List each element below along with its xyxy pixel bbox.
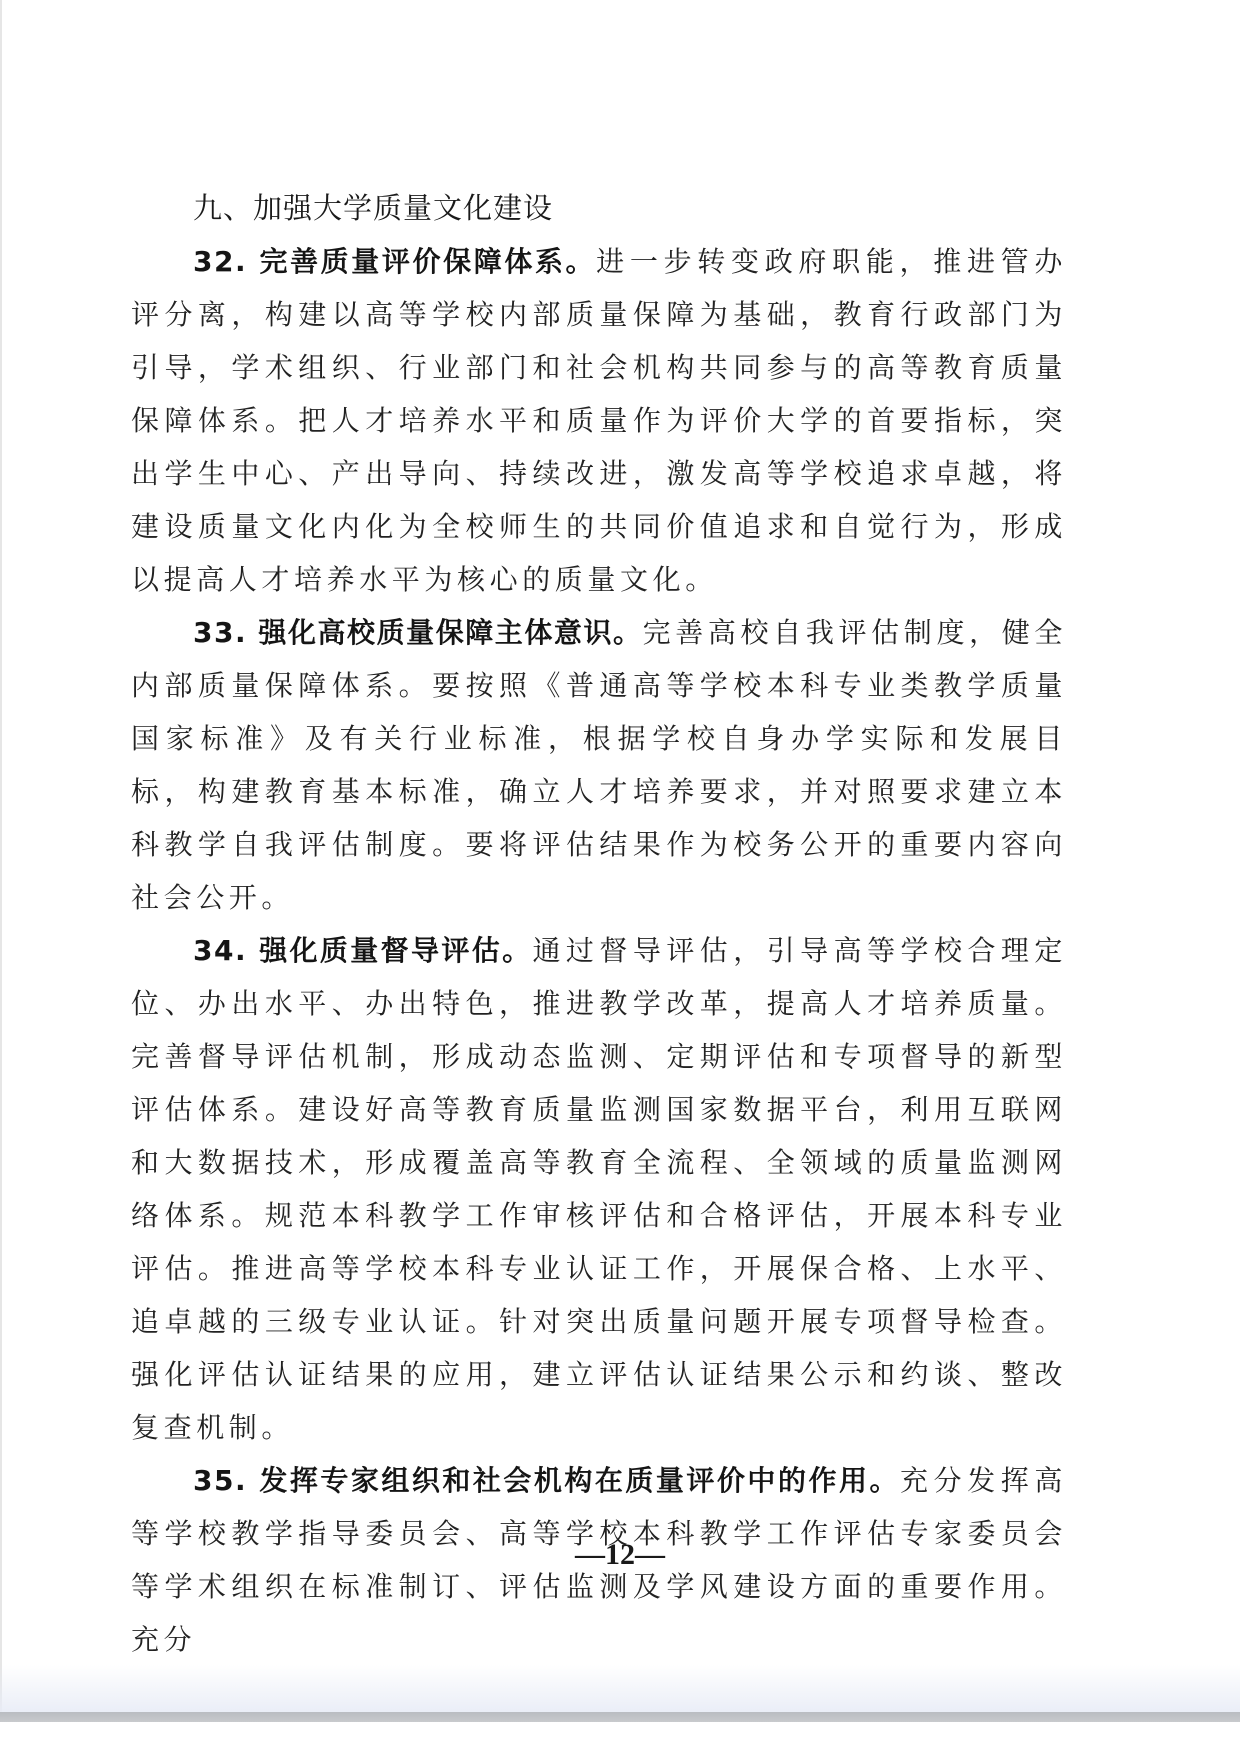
scan-left-edge: [0, 0, 2, 1712]
paragraph-32: 32. 完善质量评价保障体系。进一步转变政府职能，推进管办评分离，构建以高等学校…: [131, 235, 1067, 606]
paragraph-32-body: 进一步转变政府职能，推进管办评分离，构建以高等学校内部质量保障为基础，教育行政部…: [131, 245, 1067, 596]
paragraph-33-body: 完善高校自我评估制度，健全内部质量保障体系。要按照《普通高等学校本科专业类教学质…: [131, 616, 1067, 914]
document-page: 九、加强大学质量文化建设 32. 完善质量评价保障体系。进一步转变政府职能，推进…: [0, 0, 1240, 1752]
paragraph-33-lead: 33. 强化高校质量保障主体意识。: [193, 616, 643, 649]
paragraph-34: 34. 强化质量督导评估。通过督导评估，引导高等学校合理定位、办出水平、办出特色…: [131, 924, 1067, 1454]
paragraph-34-lead: 34. 强化质量督导评估。: [193, 934, 532, 967]
paragraph-35-lead: 35. 发挥专家组织和社会机构在质量评价中的作用。: [193, 1464, 900, 1497]
paragraph-34-body: 通过督导评估，引导高等学校合理定位、办出水平、办出特色，推进教学改革，提高人才培…: [131, 934, 1067, 1444]
page-number: —12—: [0, 1538, 1240, 1572]
document-body: 九、加强大学质量文化建设 32. 完善质量评价保障体系。进一步转变政府职能，推进…: [131, 182, 1067, 1666]
paragraph-33: 33. 强化高校质量保障主体意识。完善高校自我评估制度，健全内部质量保障体系。要…: [131, 606, 1067, 924]
scan-bottom-tint: [0, 1665, 1240, 1712]
paragraph-32-lead: 32. 完善质量评价保障体系。: [193, 245, 596, 278]
section-heading: 九、加强大学质量文化建设: [131, 182, 1067, 235]
scan-bottom-edge: [0, 1712, 1240, 1722]
